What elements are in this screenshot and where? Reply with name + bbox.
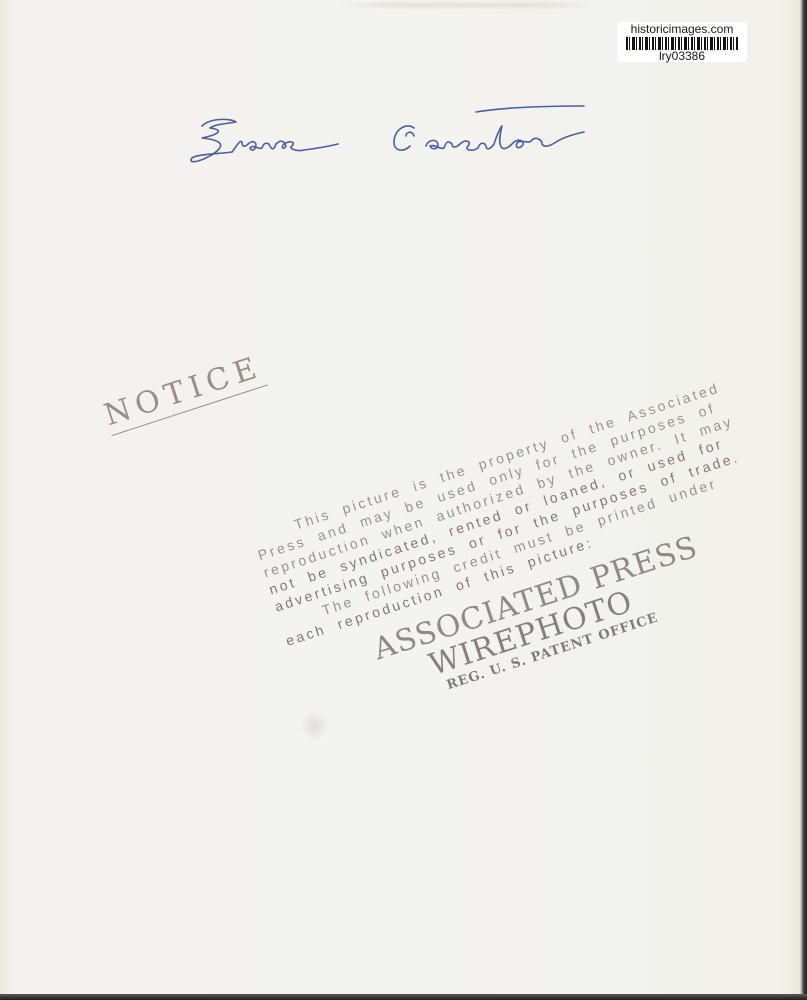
handwritten-signature: France Carenton	[180, 100, 600, 180]
scan-bottom-edge	[0, 994, 807, 1000]
paper-speck	[300, 712, 330, 740]
barcode-site-text: historicimages.com	[617, 23, 747, 36]
paper-smudge	[440, 0, 600, 10]
barcode-label: historicimages.com lry03386	[617, 22, 747, 62]
barcode-id-text: lry03386	[617, 50, 747, 62]
